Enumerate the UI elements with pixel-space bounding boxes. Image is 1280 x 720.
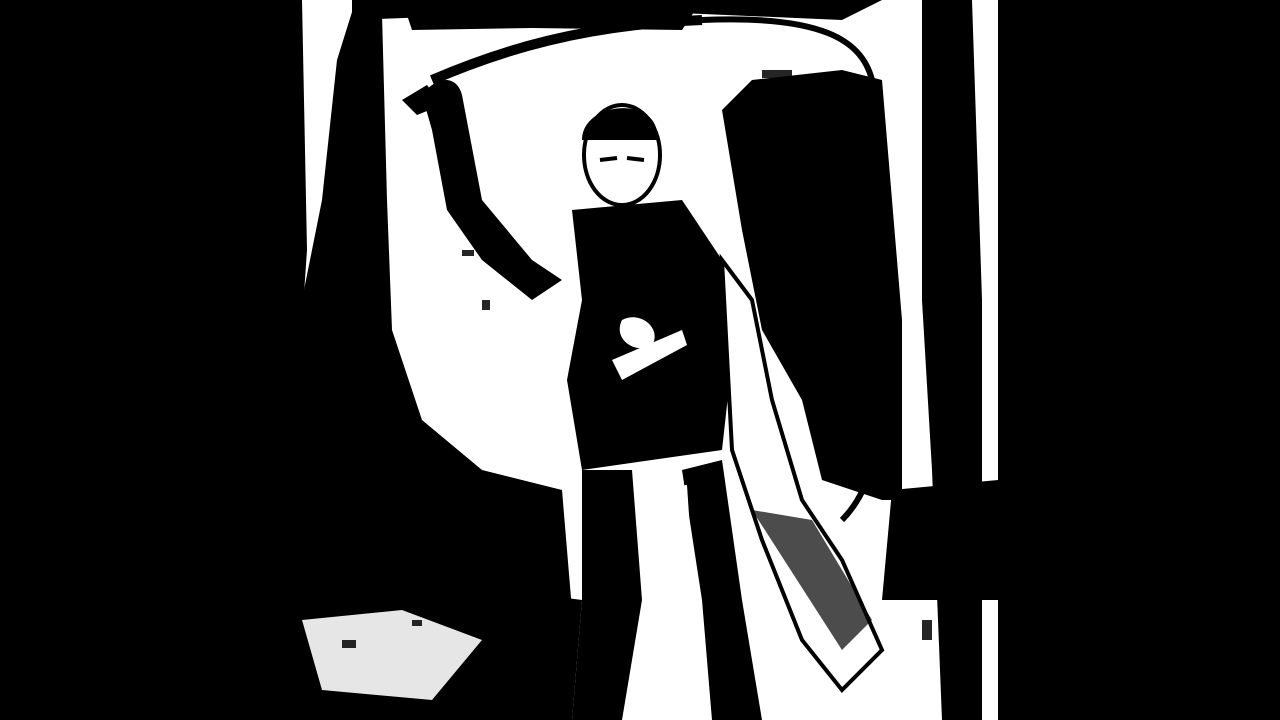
posterized-photo <box>282 0 998 720</box>
right-pillarbox <box>998 0 1280 720</box>
left-pillarbox <box>0 0 282 720</box>
photo-frame <box>282 0 998 720</box>
